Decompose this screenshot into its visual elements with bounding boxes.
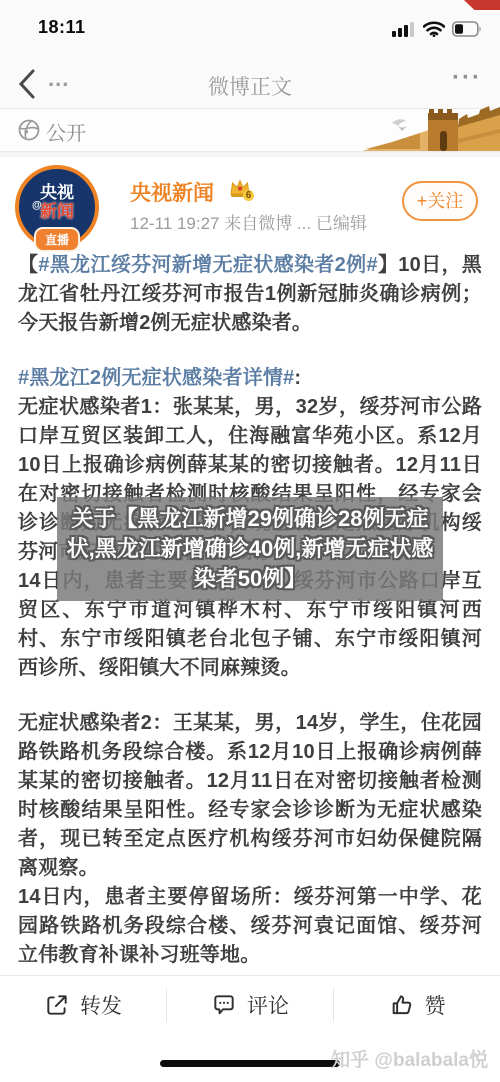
home-indicator: [160, 1060, 340, 1067]
cellular-signal-icon: [392, 21, 416, 37]
paragraph-headline: 【#黑龙江绥芬河新增无症状感染者2例#】10日，黑龙江省牡丹江绥芬河市报告1例新…: [18, 251, 482, 338]
vip-level: 6: [243, 190, 254, 201]
post-meta: 12-11 19:27 来自微博 ... 已编辑: [130, 209, 367, 234]
like-button[interactable]: 赞: [334, 976, 500, 1034]
overlay-caption: 关于【黑龙江新增29例确诊28例无症状,黑龙江新增确诊40例,新增无症状感染者5…: [57, 497, 443, 601]
weibo-post-screen: 18:11 ...: [0, 0, 500, 1082]
avatar-text-top: 央视: [19, 183, 95, 202]
bottom-toolbar: 转发 评论 赞: [0, 975, 500, 1034]
status-icons: [392, 21, 482, 37]
like-icon: [389, 992, 415, 1018]
vip-crown-icon: 6: [228, 177, 252, 199]
post-body: 【#黑龙江绥芬河新增无症状感染者2例#】10日，黑龙江省牡丹江绥芬河市报告1例新…: [0, 249, 500, 970]
post-card: 央视 新闻 @ 直播 央视新闻 6 12-11 19:27 来自微博 ... 已…: [0, 157, 500, 996]
follow-button[interactable]: +关注: [402, 181, 478, 221]
hashtag-link-2[interactable]: #黑龙江2例无症状感染者详情#: [18, 367, 294, 389]
comment-button[interactable]: 评论: [167, 976, 333, 1034]
comment-icon: [211, 992, 237, 1018]
live-badge: 直播: [34, 227, 80, 252]
corner-banner-sliver: [456, 0, 500, 10]
case2-places-text: 14日内，患者主要停留场所：绥芬河第一中学、花园路铁路机务段综合楼、绥芬河袁记面…: [18, 883, 482, 970]
author-name[interactable]: 央视新闻: [130, 177, 214, 207]
avatar-at-mark: @: [32, 200, 42, 211]
repost-label: 转发: [80, 990, 122, 1020]
great-wall-decoration-image: [362, 105, 500, 155]
page-title: 微博正文: [0, 71, 500, 101]
avatar[interactable]: 央视 新闻 @ 直播: [15, 165, 99, 249]
heading-colon: :: [294, 367, 301, 389]
battery-icon: [452, 21, 482, 37]
visibility-label: 公开: [46, 117, 86, 146]
wifi-icon: [423, 21, 445, 37]
visibility-row: 公开: [0, 109, 500, 152]
watermark: 知乎 @balabala悦: [331, 1045, 488, 1072]
like-label: 赞: [425, 990, 446, 1020]
clock-time: 18:11: [38, 17, 86, 38]
details-heading: #黑龙江2例无症状感染者详情#:: [18, 364, 482, 393]
case2-text: 无症状感染者2：王某某，男，14岁，学生，住花园路铁路机务段综合楼。系12月10…: [18, 709, 482, 883]
repost-button[interactable]: 转发: [0, 976, 166, 1034]
bracket-open: 【: [18, 254, 38, 276]
paragraph-case2: 无症状感染者2：王某某，男，14岁，学生，住花园路铁路机务段综合楼。系12月10…: [18, 709, 482, 970]
nav-bar: ... 微博正文 ···: [0, 60, 500, 109]
author-row: 央视 新闻 @ 直播 央视新闻 6 12-11 19:27 来自微博 ... 已…: [0, 157, 500, 249]
globe-icon: [18, 119, 40, 141]
more-options-icon[interactable]: ···: [452, 64, 482, 92]
avatar-text-bottom: 新闻: [19, 202, 95, 221]
hashtag-link-1[interactable]: #黑龙江绥芬河新增无症状感染者2例#: [38, 254, 377, 276]
repost-icon: [44, 992, 70, 1018]
status-bar: 18:11: [0, 0, 500, 60]
comment-label: 评论: [247, 990, 289, 1020]
